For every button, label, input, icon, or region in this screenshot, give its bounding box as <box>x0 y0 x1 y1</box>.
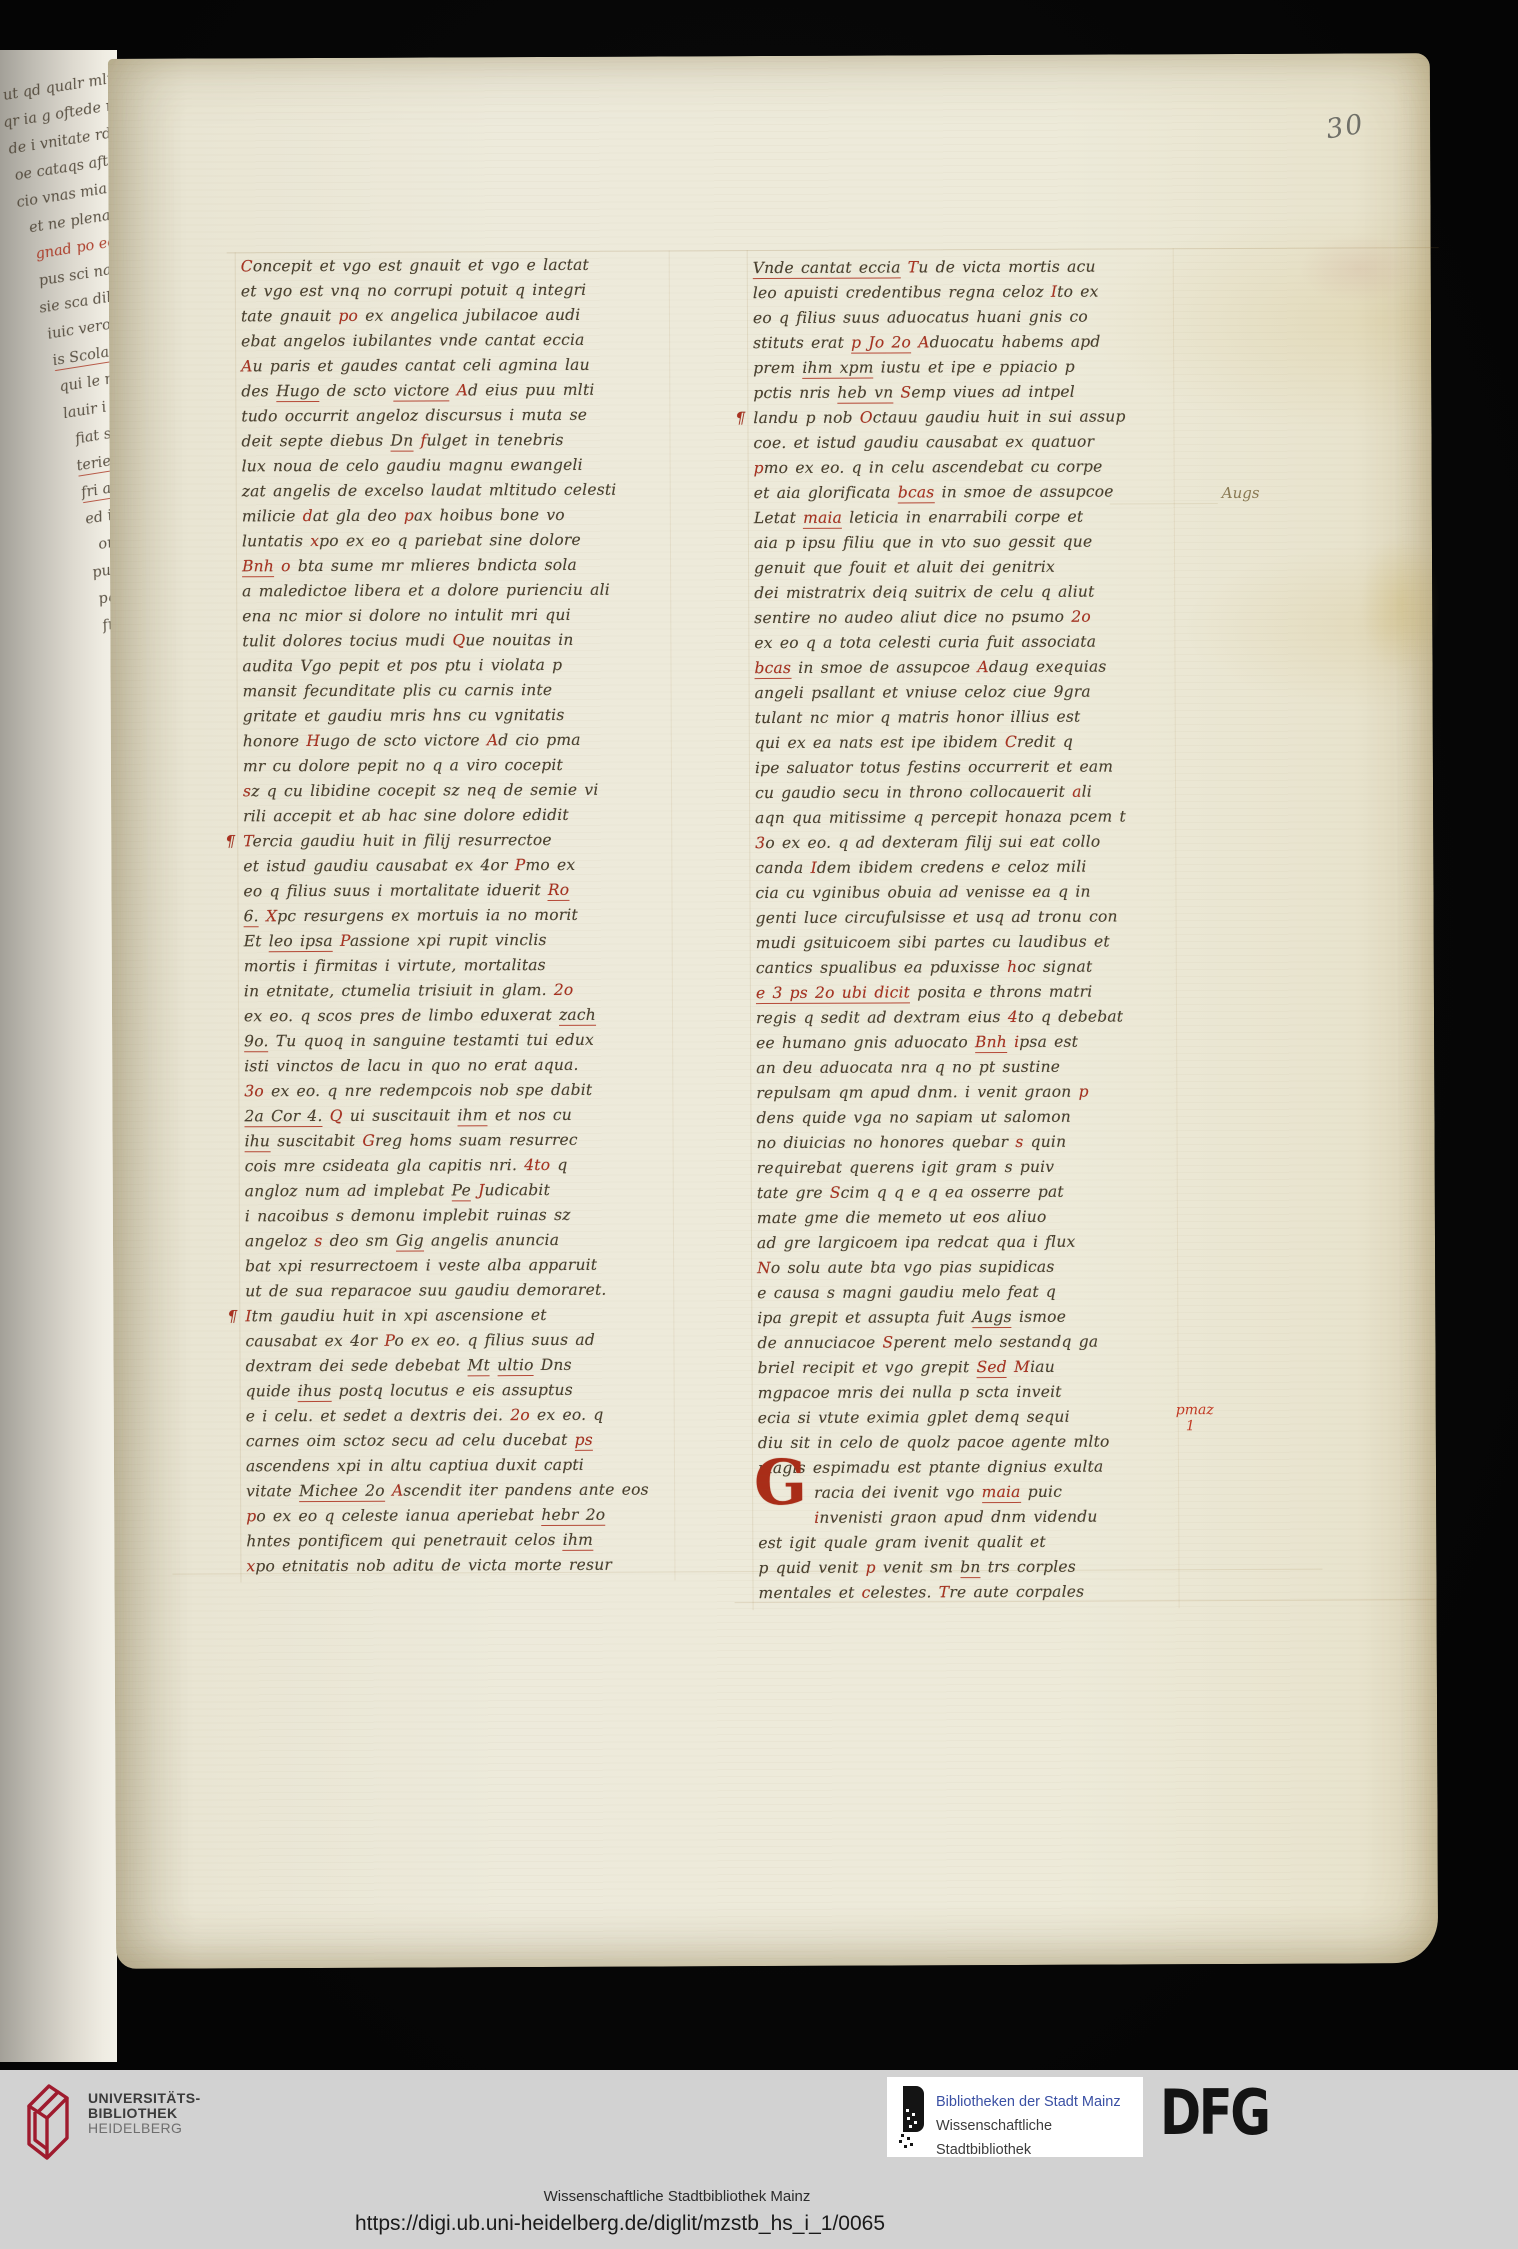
manuscript-line: audita Vgo pepit et pos ptu i violata p <box>242 652 672 679</box>
facing-page-edge: ut qd qualr mlrqr ia g oftede mde i vnit… <box>0 50 117 2062</box>
scan-viewer: ut qd qualr mlrqr ia g oftede mde i vnit… <box>0 0 1518 2249</box>
manuscript-line: tudo occurrit angeloz discursus i muta s… <box>241 402 671 429</box>
manuscript-line: Vnde cantat eccia Tu de victa mortis acu <box>753 254 1193 281</box>
manuscript-line: e causa s magni gaudiu melo feat q <box>757 1279 1197 1306</box>
ub-line3: HEIDELBERG <box>88 2121 201 2136</box>
manuscript-line: angeli psallant et vniuse celoz ciue 9gr… <box>755 679 1195 706</box>
manuscript-line: Letat maia leticia in enarrabili corpe e… <box>754 504 1194 531</box>
margin-note-red-mark: 1 <box>1176 1418 1214 1434</box>
manuscript-line: 3o ex eo. q ad dexteram filij sui eat co… <box>755 829 1195 856</box>
manuscript-line: e i celu. et sedet a dextris dei. 2o ex … <box>246 1402 676 1429</box>
manuscript-line: et istud gaudiu causabat ex 4or Pmo ex <box>243 852 673 879</box>
ub-heidelberg-logo-icon <box>20 2078 76 2164</box>
manuscript-line: ecia si vtute eximia gplet demq sequi <box>758 1404 1198 1431</box>
manuscript-line: ex eo q a tota celesti curia fuit associ… <box>754 629 1194 656</box>
manuscript-line: cia cu vginibus obuia ad venisse ea q in <box>755 879 1195 906</box>
manuscript-line: tulant nc mior q matris honor illius est <box>755 704 1195 731</box>
mainz-logo-text: Bibliotheken der Stadt Mainz Wissenschaf… <box>936 2090 1143 2162</box>
mainz-book-icon <box>898 2085 928 2149</box>
manuscript-line: cantics spualibus ea pduxisse hoc signat <box>756 954 1196 981</box>
text-column-right: Vnde cantat eccia Tu de victa mortis acu… <box>753 254 1199 1606</box>
manuscript-line: mate gme die memeto ut eos aliuo <box>757 1204 1197 1231</box>
manuscript-line: ena nc mior si dolore no intulit mri qui <box>242 602 672 629</box>
margin-note-red-word: pmaz <box>1176 1402 1214 1418</box>
manuscript-line: ipe saluator totus festins occurrerit et… <box>755 754 1195 781</box>
manuscript-line: repulsam qm apud dnm. i venit graon p <box>756 1079 1196 1106</box>
manuscript-line: ex eo. q scos pres de limbo eduxerat zac… <box>244 1002 674 1029</box>
manuscript-line: gritate et gaudiu mris hns cu vgnitatis <box>243 702 673 729</box>
manuscript-line: sz q cu libidine cocepit sz neq de semie… <box>243 777 673 804</box>
manuscript-line: tate gnauit po ex angelica jubilacoe aud… <box>241 302 671 329</box>
manuscript-line: hntes pontificem qui penetrauit celos ih… <box>246 1527 676 1554</box>
mainz-library-logo: Bibliotheken der Stadt Mainz Wissenschaf… <box>887 2077 1143 2157</box>
manuscript-line: 9o. Tu quoq in sanguine testamti tui edu… <box>244 1027 674 1054</box>
manuscript-line: requirebat querens igit gram s puiv <box>757 1154 1197 1181</box>
manuscript-line: est igit quale gram ivenit qualit et <box>758 1529 1198 1556</box>
manuscript-line: dens quide vga no sapiam ut salomon <box>756 1104 1196 1131</box>
facing-page-text: ut qd qualr mlrqr ia g oftede mde i vnit… <box>0 66 117 1803</box>
ub-line2: BIBLIOTHEK <box>88 2106 201 2121</box>
manuscript-line: xpo etnitatis nob aditu de victa morte r… <box>246 1552 676 1579</box>
manuscript-line: e 3 ps 2o ubi dicit posita e throns matr… <box>756 979 1196 1006</box>
manuscript-line: isti vinctos de lacu in quo no erat aqua… <box>244 1052 674 1079</box>
manuscript-line: ¶landu p nob Octauu gaudiu huit in sui a… <box>753 404 1193 431</box>
manuscript-line: bcas in smoe de assupcoe Adaug exequias <box>754 654 1194 681</box>
mainz-line1: Bibliotheken der Stadt Mainz <box>936 2090 1143 2114</box>
source-url: https://digi.ub.uni-heidelberg.de/diglit… <box>355 2212 885 2236</box>
manuscript-page: 30 Concepit et vgo est gnauit et vgo e l… <box>108 53 1438 1969</box>
margin-note-augs: Augs <box>1222 484 1260 502</box>
manuscript-line: luntatis xpo ex eo q pariebat sine dolor… <box>242 527 672 554</box>
manuscript-line: zat angelis de excelso laudat mltitudo c… <box>242 477 672 504</box>
manuscript-line: lux noua de celo gaudiu magnu ewangeli <box>242 452 672 479</box>
manuscript-line: angloz num ad implebat Pe Judicabit <box>245 1177 675 1204</box>
manuscript-line: eo q filius suus i mortalitate iduerit R… <box>243 877 673 904</box>
manuscript-line: regis q sedit ad dextram eius 4to q debe… <box>756 1004 1196 1031</box>
manuscript-line: et aia glorificata bcas in smoe de assup… <box>754 479 1194 506</box>
mainz-line2: Wissenschaftliche Stadtbibliothek <box>936 2114 1143 2162</box>
manuscript-line: no diuicias no honores quebar s quin <box>757 1129 1197 1156</box>
manuscript-line: quide ihus postq locutus e eis assuptus <box>246 1377 676 1404</box>
manuscript-line: mgpacoe mris dei nulla p scta inveit <box>758 1379 1198 1406</box>
photo-background: ut qd qualr mlrqr ia g oftede mde i vnit… <box>0 0 1518 2070</box>
manuscript-line: carnes oim sctoz secu ad celu ducebat ps <box>246 1427 676 1454</box>
manuscript-line: mansit fecunditate plis cu carnis inte <box>243 677 673 704</box>
manuscript-line: po ex eo q celeste ianua aperiebat hebr … <box>246 1502 676 1529</box>
manuscript-line: mortis i firmitas i virtute, mortalitas <box>244 952 674 979</box>
manuscript-line: Au paris et gaudes cantat celi agmina la… <box>241 352 671 379</box>
manuscript-line: dei mistratrix deiq suitrix de celu q al… <box>754 579 1194 606</box>
manuscript-line: genuit que fouit et aluit dei genitrix <box>754 554 1194 581</box>
dfg-logo: DFG <box>1160 2076 1269 2149</box>
manuscript-line: ipa grepit et assupta fuit Augs ismoe <box>757 1304 1197 1331</box>
ub-heidelberg-logo-text: UNIVERSITÄTS- BIBLIOTHEK HEIDELBERG <box>88 2091 201 2136</box>
manuscript-line: causabat ex 4or Po ex eo. q filius suus … <box>245 1327 675 1354</box>
footer-bar: UNIVERSITÄTS- BIBLIOTHEK HEIDELBERG B <box>0 2070 1518 2249</box>
manuscript-line: ad gre largicoem ipa redcat qua i flux <box>757 1229 1197 1256</box>
manuscript-line: ee humano gnis aduocato Bnh ipsa est <box>756 1029 1196 1056</box>
ruling-line-left-col <box>235 252 242 1582</box>
manuscript-line: milicie dat gla deo pax hoibus bone vo <box>242 502 672 529</box>
manuscript-line: i nacoibus s demonu implebit ruinas sz <box>245 1202 675 1229</box>
manuscript-line: mentales et celestes. Tre aute corpales <box>758 1579 1198 1606</box>
manuscript-line: mudi gsituicoem sibi partes cu laudibus … <box>756 929 1196 956</box>
manuscript-line: cu gaudio secu in throno collocauerit al… <box>755 779 1195 806</box>
manuscript-line: a maledictoe libera et a dolore purienci… <box>242 577 672 604</box>
manuscript-line: in etnitate, ctumelia trisiuit in glam. … <box>244 977 674 1004</box>
ruling-line-right-col <box>747 250 754 1610</box>
manuscript-line: bat xpi resurrectoem i veste alba apparu… <box>245 1252 675 1279</box>
manuscript-line: p quid venit p venit sm bn trs corples <box>758 1554 1198 1581</box>
rubricated-initial-G: G <box>754 1454 807 1512</box>
manuscript-line: aqn qua mitissime q percepit honaza pcem… <box>755 804 1195 831</box>
manuscript-line: briel recipit et vgo grepit Sed Miau <box>758 1354 1198 1381</box>
manuscript-line: an deu aduocata nra q no pt sustine <box>756 1054 1196 1081</box>
margin-note-red: pmaz 1 <box>1176 1402 1214 1434</box>
manuscript-line: 3o ex eo. q nre redempcois nob spe dabit <box>244 1077 674 1104</box>
manuscript-line: mr cu dolore pepit no q a viro cocepit <box>243 752 673 779</box>
manuscript-line: et vgo est vnq no corrupi potuit q integ… <box>241 277 671 304</box>
manuscript-line: magis espimadu est ptante dignius exulta <box>758 1454 1198 1481</box>
manuscript-line: prem ihm xpm iustu et ipe e ppiacio p <box>753 354 1193 381</box>
manuscript-line: ¶Itm gaudiu huit in xpi ascensione et <box>245 1302 675 1329</box>
manuscript-line: Concepit et vgo est gnauit et vgo e lact… <box>241 252 671 279</box>
manuscript-line: 6. Xpc resurgens ex mortuis ia no morit <box>244 902 674 929</box>
manuscript-line: tulit dolores tocius mudi Que nouitas in <box>242 627 672 654</box>
manuscript-line: canda Idem ibidem credens e celoz mili <box>755 854 1195 881</box>
manuscript-line: cois mre csideata gla capitis nri. 4to q <box>245 1152 675 1179</box>
text-column-left: Concepit et vgo est gnauit et vgo e lact… <box>241 252 677 1579</box>
manuscript-line: genti luce circufulsisse et usq ad tronu… <box>756 904 1196 931</box>
stain <box>1360 533 1441 673</box>
manuscript-line: ihu suscitabit Greg homs suam resurrec <box>245 1127 675 1154</box>
ruling-line-top <box>227 247 1439 253</box>
manuscript-line: coe. et istud gaudiu causabat ex quatuor <box>753 429 1193 456</box>
manuscript-line: dextram dei sede debebat Mt ultio Dns <box>245 1352 675 1379</box>
manuscript-line: stituts erat p Jo 2o Aduocatu habems apd <box>753 329 1193 356</box>
manuscript-line: de annuciacoe Sperent melo sestandq ga <box>757 1329 1197 1356</box>
manuscript-line: pctis nris heb vn Semp viues ad intpel <box>753 379 1193 406</box>
manuscript-line: pmo ex eo. q in celu ascendebat cu corpe <box>754 454 1194 481</box>
stain <box>1299 233 1419 304</box>
manuscript-line: ascendens xpi in altu captiua duxit capt… <box>246 1452 676 1479</box>
manuscript-line: ut de sua reparacoe suu gaudiu demoraret… <box>245 1277 675 1304</box>
manuscript-line: qui ex ea nats est ipe ibidem Credit q <box>755 729 1195 756</box>
manuscript-line: 2a Cor 4. Q ui suscitauit ihm et nos cu <box>244 1102 674 1129</box>
manuscript-line: sentire no audeo aliut dice no psumo 2o <box>754 604 1194 631</box>
manuscript-line: vitate Michee 2o Ascendit iter pandens a… <box>246 1477 676 1504</box>
manuscript-line: leo apuisti credentibus regna celoz Ito … <box>753 279 1193 306</box>
manuscript-line: invenisti graon apud dnm videndu <box>758 1504 1198 1531</box>
folio-number: 30 <box>1324 109 1367 146</box>
manuscript-line: des Hugo de scto victore Ad eius puu mlt… <box>241 377 671 404</box>
manuscript-line: Et leo ipsa Passione xpi rupit vinclis <box>244 927 674 954</box>
manuscript-line: rili accepit et ab hac sine dolore edidi… <box>243 802 673 829</box>
manuscript-line: No solu aute bta vgo pias supidicas <box>757 1254 1197 1281</box>
manuscript-line: Bnh o bta sume mr mlieres bndicta sola <box>242 552 672 579</box>
manuscript-line: diu sit in celo de quolz pacoe agente ml… <box>758 1429 1198 1456</box>
manuscript-line: honore Hugo de scto victore Ad cio pma <box>243 727 673 754</box>
manuscript-line: angeloz s deo sm Gig angelis anuncia <box>245 1227 675 1254</box>
manuscript-line: ¶Tercia gaudiu huit in filij resurrectoe <box>243 827 673 854</box>
manuscript-line: deit septe diebus Dn fulget in tenebris <box>241 427 671 454</box>
manuscript-line: ebat angelos iubilantes vnde cantat ecci… <box>241 327 671 354</box>
manuscript-line: eo q filius suus aduocatus huani gnis co <box>753 304 1193 331</box>
footer-caption: Wissenschaftliche Stadtbibliothek Mainz <box>544 2188 811 2205</box>
manuscript-line: racia dei ivenit vgo maia puic <box>758 1479 1198 1506</box>
ub-line1: UNIVERSITÄTS- <box>88 2091 201 2106</box>
manuscript-line: tate gre Scim q q e q ea osserre pat <box>757 1179 1197 1206</box>
manuscript-line: aia p ipsu filiu que in vto suo gessit q… <box>754 529 1194 556</box>
